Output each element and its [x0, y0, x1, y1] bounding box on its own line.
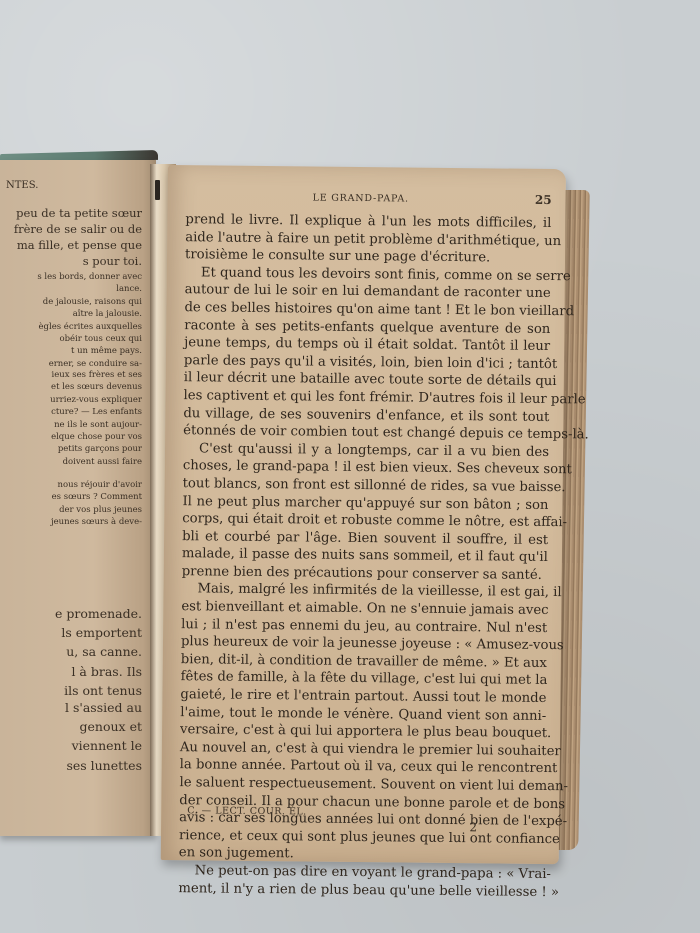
left-text-line: ls emportent [61, 625, 142, 640]
left-text-line: l à bras. Ils [71, 664, 142, 679]
left-text-line: frère de se salir ou de [14, 222, 142, 236]
left-text-line: ses lunettes [66, 758, 142, 773]
left-text-line: ma fille, et pense que [17, 238, 142, 252]
open-book-photo: NTES. peu de ta petite sœurfrère de se s… [0, 0, 700, 933]
sheet-number: 2 [469, 820, 477, 834]
left-text-line: der vos plus jeunes [59, 505, 142, 515]
page-header: LE GRAND-PAPA. 25 [168, 191, 566, 211]
left-text-line: urriez-vous expliquer [50, 395, 142, 405]
left-text-line: ègles écrites auxquelles [39, 322, 142, 332]
left-text-line: doivent aussi faire [63, 457, 142, 467]
left-text-line: elque chose pour vos [51, 432, 142, 442]
binding-thread [155, 180, 160, 200]
left-text-line: de jalousie, raisons qui [43, 297, 142, 307]
left-text-line: s les bords, donner avec [37, 272, 142, 282]
left-text-line: ils ont tenus [64, 683, 142, 698]
left-text-line: es sœurs ? Comment [52, 492, 142, 502]
left-text-line: t un même pays. [71, 346, 142, 356]
left-running-head: NTES. [6, 180, 38, 191]
left-text-line: ne ils le sont aujour- [54, 420, 142, 430]
left-text-line: aître la jalousie. [73, 309, 142, 319]
left-text-line: ieux ses frères et ses [52, 370, 142, 380]
left-text-line: jeunes sœurs à deve- [51, 517, 142, 527]
left-text-line: lance. [116, 284, 142, 294]
left-text-line: genoux et [80, 719, 142, 734]
left-text-line: petits garçons pour [58, 444, 142, 454]
running-head: LE GRAND-PAPA. [313, 193, 409, 205]
left-text-line: et les sœurs devenus [51, 382, 142, 392]
page-number: 25 [535, 193, 552, 207]
body-text: prend le livre. Il explique à l'un les m… [178, 211, 551, 901]
left-text-line: erner, se conduire sa- [49, 359, 142, 369]
left-text-line: e promenade. [55, 606, 142, 621]
left-text-line: u, sa canne. [66, 644, 142, 659]
left-text-line: cture? — Les enfants [51, 407, 142, 417]
left-text-line: viennent le [72, 738, 142, 753]
left-text-line: obéir tous ceux qui [59, 334, 142, 344]
left-text-line: peu de ta petite sœur [16, 206, 142, 220]
text-line: ment, il n'y a rien de plus beau qu'une … [178, 880, 544, 901]
footer-signature: C. — LECT. COUR. ÉL. [187, 805, 307, 817]
left-text-line: s pour toi. [83, 254, 142, 268]
right-page: LE GRAND-PAPA. 25 prend le livre. Il exp… [161, 165, 566, 864]
left-text-line: nous réjouir d'avoir [58, 480, 142, 490]
left-text-line: l s'assied au [65, 700, 142, 715]
left-page: NTES. peu de ta petite sœurfrère de se s… [0, 160, 156, 836]
